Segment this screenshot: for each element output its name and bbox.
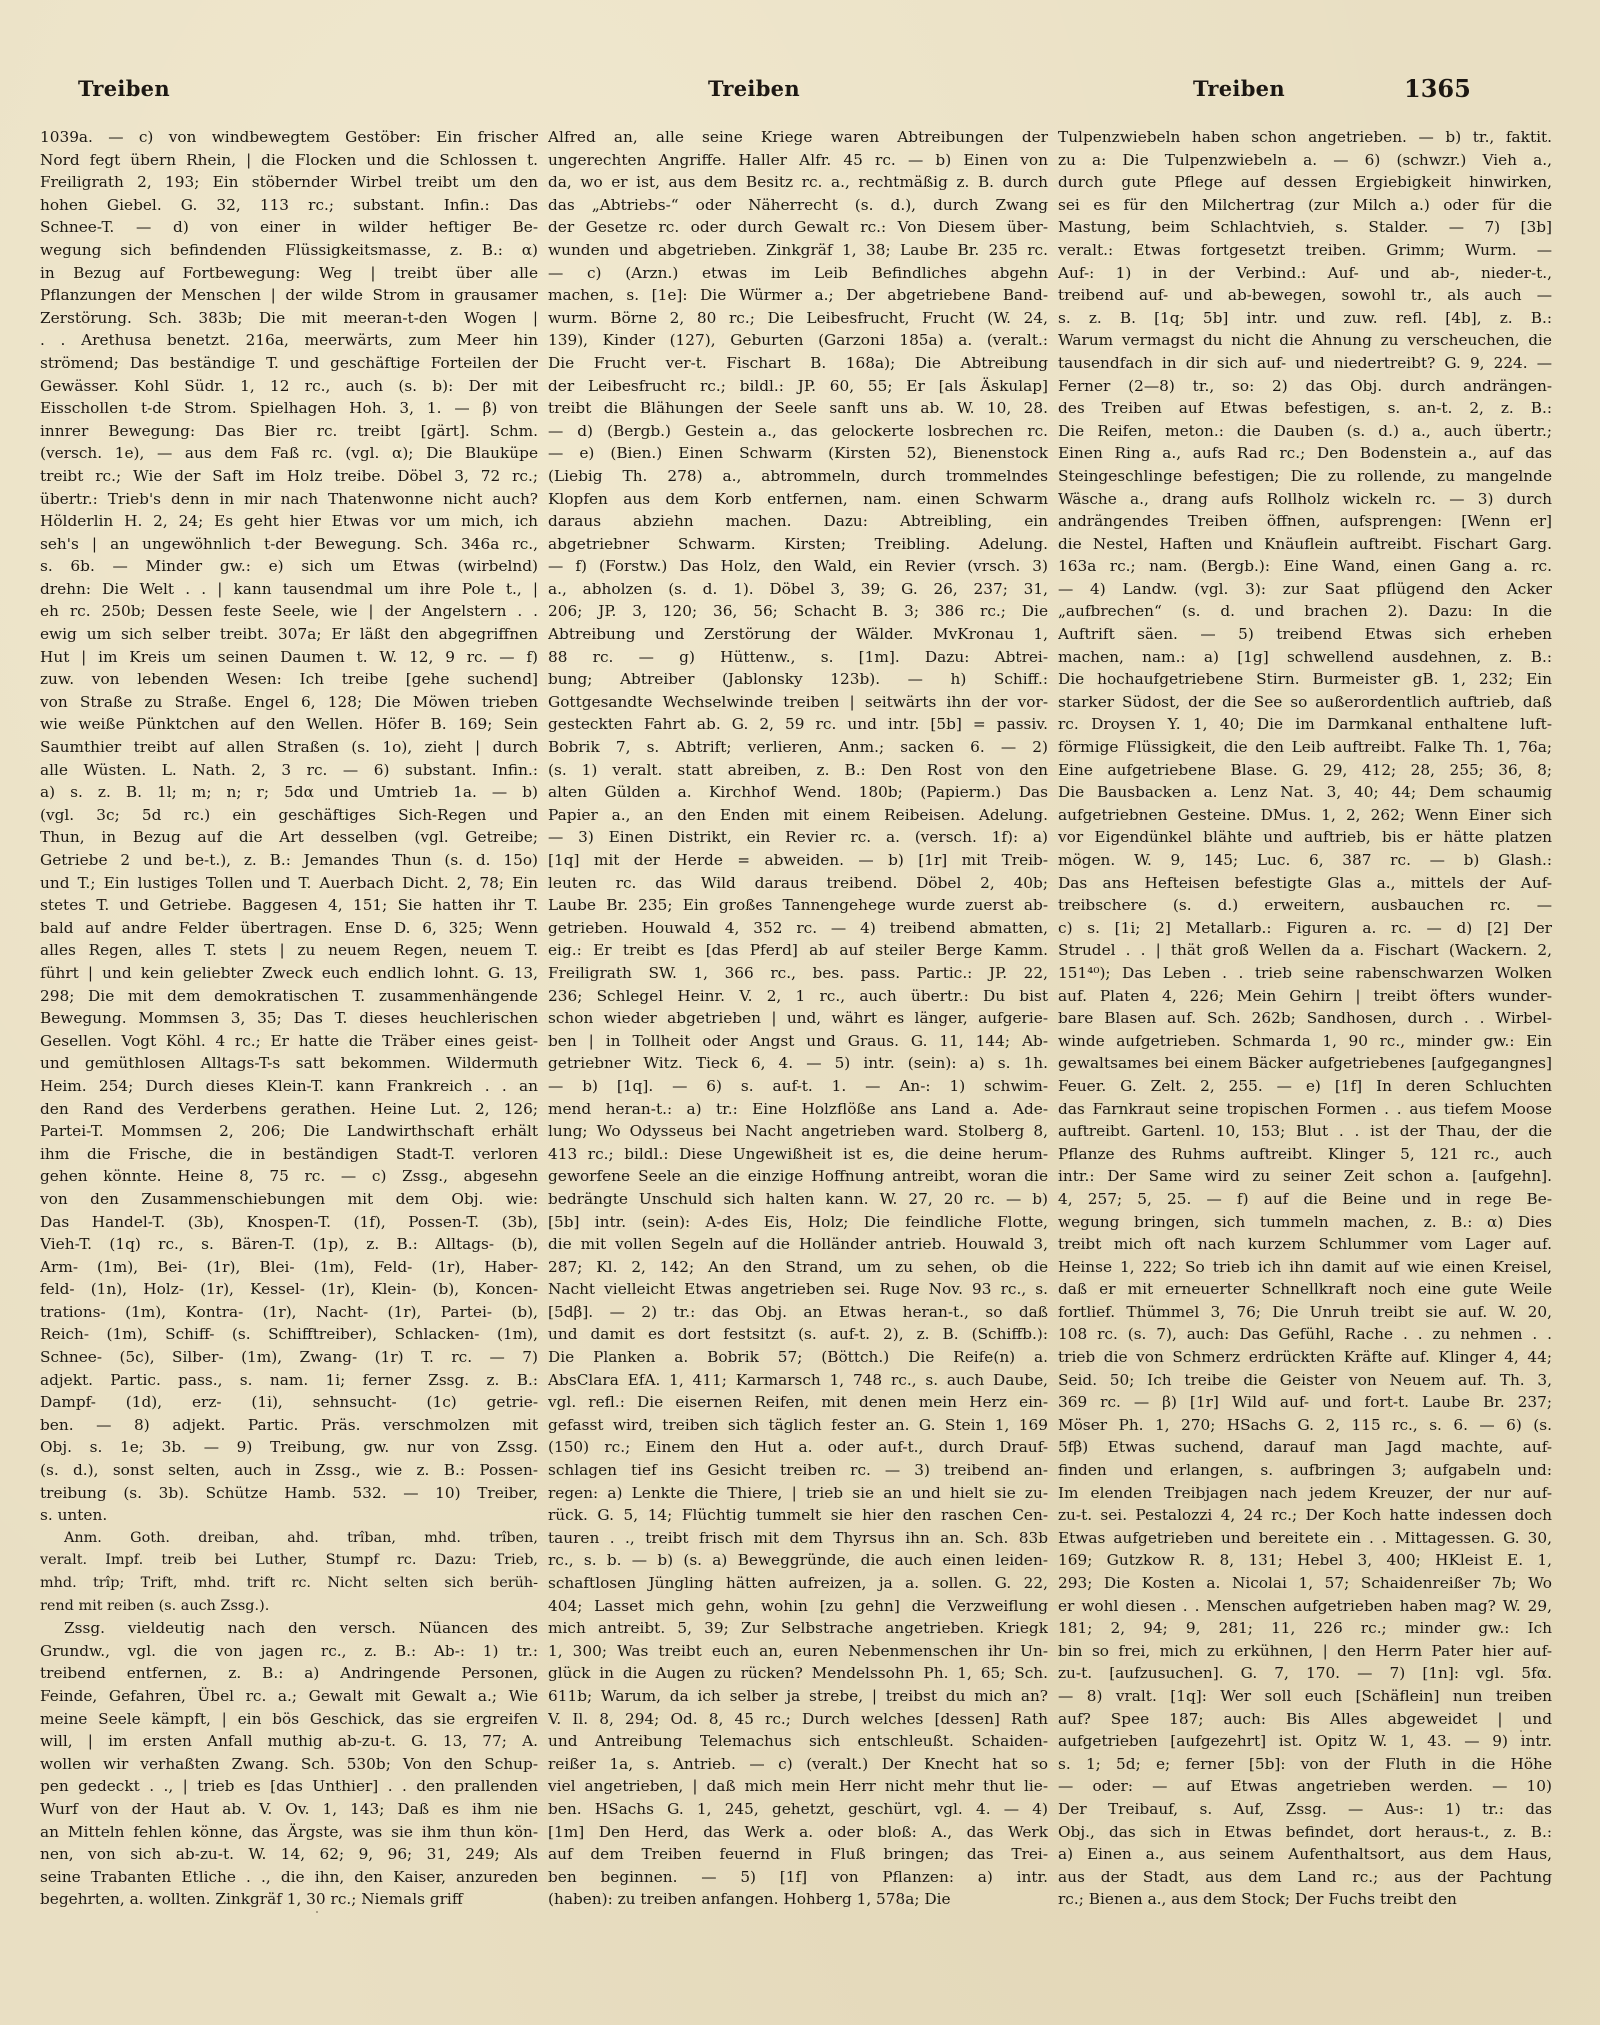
text-line: Freiligrath SW. 1, 366 rc., bes. pass. P… <box>548 962 1048 985</box>
text-line: „aufbrechen“ (s. d. und brachen 2). Dazu… <box>1058 600 1552 623</box>
entry-body: Tulpenzwiebeln haben schon angetrieben. … <box>1058 126 1552 1911</box>
text-line: Obj. s. 1e; 3b. — 9) Treibung, gw. nur v… <box>40 1436 538 1459</box>
text-line: Arm- (1m), Bei- (1r), Blei- (1m), Feld- … <box>40 1256 538 1279</box>
text-line: Warum vermagst du nicht die Ahnung zu ve… <box>1058 329 1552 352</box>
text-line: ben. — 8) adjekt. Partic. Präs. verschmo… <box>40 1414 538 1437</box>
text-line: Hut | im Kreis um seinen Daumen t. W. 12… <box>40 646 538 669</box>
text-line: Thun, in Bezug auf die Art desselben (vg… <box>40 826 538 849</box>
text-line: Alfred an, alle seine Kriege waren Abtre… <box>548 126 1048 149</box>
text-line: Seid. 50; Ich treibe die Geister von Neu… <box>1058 1369 1552 1392</box>
text-line: Freiligrath 2, 193; Ein stöbernder Wirbe… <box>40 171 538 194</box>
text-line: Klopfen aus dem Korb entfernen, nam. ein… <box>548 488 1048 511</box>
text-line: (Liebig Th. 278) a., abtrommeln, durch t… <box>548 465 1048 488</box>
text-line: rend mit reiben (s. auch Zssg.). <box>40 1595 538 1618</box>
text-line: schlagen tief ins Gesicht treiben rc. — … <box>548 1459 1048 1482</box>
text-line: Reich- (1m), Schiff- (s. Schifftreiber),… <box>40 1323 538 1346</box>
text-line: Gesellen. Vogt Köhl. 4 rc.; Er hatte die… <box>40 1030 538 1053</box>
text-line: abgetriebner Schwarm. Kirsten; Treibling… <box>548 533 1048 556</box>
text-line: Nacht vielleicht Etwas angetrieben sei. … <box>548 1278 1048 1301</box>
text-line: — f) (Forstw.) Das Holz, den Wald, ein R… <box>548 555 1048 578</box>
text-line: wollen wir verhaßten Zwang. Sch. 530b; V… <box>40 1753 538 1776</box>
text-line: (150) rc.; Einem den Hut a. oder auf-t.,… <box>548 1436 1048 1459</box>
text-line: Bobrik 7, s. Abtrift; verlieren, Anm.; s… <box>548 736 1048 759</box>
text-line: [1q] mit der Herde = abweiden. — b) [1r]… <box>548 849 1048 872</box>
text-line: Feinde, Gefahren, Übel rc. a.; Gewalt mi… <box>40 1685 538 1708</box>
text-line: Gewässer. Kohl Südr. 1, 12 rc., auch (s.… <box>40 375 538 398</box>
text-line: a., abholzen (s. d. 1). Döbel 3, 39; G. … <box>548 578 1048 601</box>
text-line: gefasst wird, treiben sich täglich feste… <box>548 1414 1048 1437</box>
text-line: das „Abtriebs-“ oder Näherrecht (s. d.),… <box>548 194 1048 217</box>
text-line: Schnee- (5c), Silber- (1m), Zwang- (1r) … <box>40 1346 538 1369</box>
text-line: gesteckten Fahrt ab. G. 2, 59 rc. und in… <box>548 713 1048 736</box>
text-line: Heim. 254; Durch dieses Klein-T. kann Fr… <box>40 1075 538 1098</box>
text-line: ihm die Frische, die in beständigen Stad… <box>40 1143 538 1166</box>
text-line: seh's | an ungewöhnlich t-der Bewegung. … <box>40 533 538 556</box>
text-line: s. 6b. — Minder gw.: e) sich um Etwas (w… <box>40 555 538 578</box>
text-line: Pflanzungen der Menschen | der wilde Str… <box>40 284 538 307</box>
text-line: 1, 300; Was treibt euch an, euren Nebenm… <box>548 1640 1048 1663</box>
text-line: Hölderlin H. 2, 24; Es geht hier Etwas v… <box>40 510 538 533</box>
text-line: treibung (s. 3b). Schütze Hamb. 532. — 1… <box>40 1482 538 1505</box>
text-line: Abtreibung und Zerstörung der Wälder. Mv… <box>548 623 1048 646</box>
text-line: wie weiße Pünktchen auf den Wellen. Höfe… <box>40 713 538 736</box>
text-line: Zerstörung. Sch. 383b; Die mit meeran-t-… <box>40 307 538 330</box>
text-line: — 3) Einen Distrikt, ein Revier rc. a. (… <box>548 826 1048 849</box>
text-line: gehen könnte. Heine 8, 75 rc. — c) Zssg.… <box>40 1165 538 1188</box>
text-line: 206; JP. 3, 120; 36, 56; Schacht B. 3; 3… <box>548 600 1048 623</box>
text-line: veralt. Impf. treib bei Luther, Stumpf r… <box>40 1549 538 1572</box>
text-line: tauren . ., treibt frisch mit dem Thyrsu… <box>548 1527 1048 1550</box>
text-line: ben. HSachs G. 1, 245, gehetzt, geschürt… <box>548 1798 1048 1821</box>
text-line: viel angetrieben, | daß mich mein Herr n… <box>548 1775 1048 1798</box>
text-line: Grundw., vgl. die von jagen rc., z. B.: … <box>40 1640 538 1663</box>
text-line: Obj., das sich in Etwas befindet, dort h… <box>1058 1821 1552 1844</box>
text-line: . . Arethusa benetzt. 216a, meerwärts, z… <box>40 329 538 352</box>
text-line: eh rc. 250b; Dessen feste Seele, wie | d… <box>40 600 538 623</box>
text-line: s. 1; 5d; e; ferner [5b]: von der Fluth … <box>1058 1753 1552 1776</box>
running-head-left: Treiben <box>78 76 170 101</box>
text-line: des Treiben auf Etwas befestigen, s. an-… <box>1058 397 1552 420</box>
text-line: stetes T. und Getriebe. Baggesen 4, 151;… <box>40 894 538 917</box>
text-line: begehrten, a. wollten. Zinkgräf 1, 30 rc… <box>40 1888 538 1911</box>
text-line: reißer 1a, s. Antrieb. — c) (veralt.) De… <box>548 1753 1048 1776</box>
text-line: Bewegung. Mommsen 3, 35; Das T. dieses h… <box>40 1007 538 1030</box>
text-line: innrer Bewegung: Das Bier rc. treibt [gä… <box>40 420 538 443</box>
text-line: tausendfach in dir sich auf- und niedert… <box>1058 352 1552 375</box>
text-line: a) Einen a., aus seinem Aufenthaltsort, … <box>1058 1843 1552 1866</box>
text-line: will, | im ersten Anfall muthig ab-zu-t.… <box>40 1730 538 1753</box>
entry-body: Alfred an, alle seine Kriege waren Abtre… <box>548 126 1048 1911</box>
text-line: Wurf von der Haut ab. V. Ov. 1, 143; Daß… <box>40 1798 538 1821</box>
text-line: bald auf andre Felder übertragen. Ense D… <box>40 917 538 940</box>
text-line: mich antreibt. 5, 39; Zur Selbstrache an… <box>548 1617 1048 1640</box>
text-line: daraus abziehn machen. Dazu: Abtreibling… <box>548 510 1048 533</box>
text-line: bin so frei, mich zu erkühnen, | den Her… <box>1058 1640 1552 1663</box>
etymology-note: Anm. Goth. dreiban, ahd. trîban, mhd. tr… <box>40 1527 538 1617</box>
text-line: sei es für den Milchertrag (zur Milch a.… <box>1058 194 1552 217</box>
text-line: 169; Gutzkow R. 8, 131; Hebel 3, 400; HK… <box>1058 1549 1552 1572</box>
text-line: in Bezug auf Fortbewegung: Weg | treibt … <box>40 262 538 285</box>
text-line: Strudel . . | thät groß Wellen da a. Fis… <box>1058 939 1552 962</box>
text-line: 413 rc.; bildl.: Diese Ungewißheit ist e… <box>548 1143 1048 1166</box>
text-line: ungerechten Angriffe. Haller Alfr. 45 rc… <box>548 149 1048 172</box>
text-line: Die Bausbacken a. Lenz Nat. 3, 40; 44; D… <box>1058 781 1552 804</box>
paper-speck <box>1520 1730 1522 1732</box>
text-line: wegung sich befindenden Flüssigkeitsmass… <box>40 239 538 262</box>
text-line: Nord fegt übern Rhein, | die Flocken und… <box>40 149 538 172</box>
text-line: machen, nam.: a) [1g] schwellend ausdehn… <box>1058 646 1552 669</box>
text-line: 4, 257; 5, 25. — f) auf die Beine und in… <box>1058 1188 1552 1211</box>
text-line: 369 rc. — β) [1r] Wild auf- und fort-t. … <box>1058 1391 1552 1414</box>
text-line: schaftlosen Jüngling hätten aufreizen, j… <box>548 1572 1048 1595</box>
text-line: übertr.: Trieb's denn in mir nach Thaten… <box>40 488 538 511</box>
text-line: getrieben. Houwald 4, 352 rc. — 4) treib… <box>548 917 1048 940</box>
text-line: die mit vollen Segeln auf die Holländer … <box>548 1233 1048 1256</box>
text-line: Getriebe 2 und be-t.), z. B.: Jemandes T… <box>40 849 538 872</box>
text-line: mögen. W. 9, 145; Luc. 6, 387 rc. — b) G… <box>1058 849 1552 872</box>
text-line: ben beginnen. — 5) [1f] von Pflanzen: a)… <box>548 1866 1048 1889</box>
text-line: — d) (Bergb.) Gestein a., das gelockerte… <box>548 420 1048 443</box>
text-line: leuten rc. das Wild daraus treibend. Döb… <box>548 872 1048 895</box>
text-line: Auftrift säen. — 5) treibend Etwas sich … <box>1058 623 1552 646</box>
text-line: eig.: Er treibt es [das Pferd] ab auf st… <box>548 939 1048 962</box>
text-line: 1039a. — c) von windbewegtem Gestöber: E… <box>40 126 538 149</box>
text-line: ben | in Tollheit oder Angst und Graus. … <box>548 1030 1048 1053</box>
text-line: — 4) Landw. (vgl. 3): zur Saat pflügend … <box>1058 578 1552 601</box>
text-line: Schnee-T. — d) von einer in wilder hefti… <box>40 216 538 239</box>
text-line: 151⁴⁰); Das Leben . . trieb seine rabens… <box>1058 962 1552 985</box>
text-line: die Nestel, Haften und Knäuflein auftrei… <box>1058 533 1552 556</box>
text-line: auf? Spee 187; auch: Bis Alles abgeweide… <box>1058 1708 1552 1731</box>
compounds-section: Zssg. vieldeutig nach den versch. Nüance… <box>40 1617 538 1911</box>
text-line: gewaltsames bei einem Bäcker aufgetriebe… <box>1058 1052 1552 1075</box>
text-line: Laube Br. 235; Ein großes Tannengehege w… <box>548 894 1048 917</box>
text-line: s. unten. <box>40 1504 538 1527</box>
text-line: Die Frucht ver-t. Fischart B. 168a); Die… <box>548 352 1048 375</box>
running-head: Treiben Treiben Treiben 1365 <box>0 76 1600 106</box>
text-line: — b) [1q]. — 6) s. auf-t. 1. — An-: 1) s… <box>548 1075 1048 1098</box>
text-line: andrängendes Treiben öffnen, aufsprengen… <box>1058 510 1552 533</box>
text-line: 293; Die Kosten a. Nicolai 1, 57; Schaid… <box>1058 1572 1552 1595</box>
text-line: Ferner (2—8) tr., so: 2) das Obj. durch … <box>1058 375 1552 398</box>
text-line: Etwas aufgetrieben und bereitete ein . .… <box>1058 1527 1552 1550</box>
text-line: 404; Lasset mich gehn, wohin [zu gehn] d… <box>548 1595 1048 1618</box>
text-line: aufgetriebnen Gesteine. DMus. 1, 2, 262;… <box>1058 804 1552 827</box>
text-column-1: 1039a. — c) von windbewegtem Gestöber: E… <box>40 126 538 1911</box>
text-line: [5dβ]. — 2) tr.: das Obj. an Etwas heran… <box>548 1301 1048 1324</box>
text-line: zu-t. sei. Pestalozzi 4, 24 rc.; Der Koc… <box>1058 1504 1552 1527</box>
text-line: ewig um sich selber treibt. 307a; Er läß… <box>40 623 538 646</box>
text-line: Zssg. vieldeutig nach den versch. Nüance… <box>40 1617 538 1640</box>
text-line: Der Treibauf, s. Auf, Zssg. — Aus-: 1) t… <box>1058 1798 1552 1821</box>
text-line: machen, s. [1e]: Die Würmer a.; Der abge… <box>548 284 1048 307</box>
text-line: 88 rc. — g) Hüttenw., s. [1m]. Dazu: Abt… <box>548 646 1048 669</box>
text-line: das Farnkraut seine tropischen Formen . … <box>1058 1098 1552 1121</box>
text-line: strömend; Das beständige T. und geschäft… <box>40 352 538 375</box>
text-line: rc., s. b. — b) (s. a) Beweggründe, die … <box>548 1549 1048 1572</box>
text-line: durch gute Pflege auf dessen Ergiebigkei… <box>1058 171 1552 194</box>
text-line: finden und erlangen, s. aufbringen 3; au… <box>1058 1459 1552 1482</box>
text-line: führt | und kein geliebter Zweck euch en… <box>40 962 538 985</box>
text-line: schon wieder abgetrieben | und, währt es… <box>548 1007 1048 1030</box>
text-line: fortlief. Thümmel 3, 76; Die Unruh treib… <box>1058 1301 1552 1324</box>
text-line: c) s. [1i; 2] Metallarb.: Figuren a. rc.… <box>1058 917 1552 940</box>
text-line: Die Planken a. Bobrik 57; (Böttch.) Die … <box>548 1346 1048 1369</box>
text-line: Die Reifen, meton.: die Dauben (s. d.) a… <box>1058 420 1552 443</box>
paper-speck <box>866 180 868 182</box>
text-line: 287; Kl. 2, 142; An den Strand, um zu se… <box>548 1256 1048 1279</box>
text-line: den Rand des Verderbens gerathen. Heine … <box>40 1098 538 1121</box>
text-line: 5fβ) Etwas suchend, darauf man Jagd mach… <box>1058 1436 1552 1459</box>
text-line: V. Il. 8, 294; Od. 8, 45 rc.; Durch welc… <box>548 1708 1048 1731</box>
text-line: treibt mich oft nach kurzem Schlummer vo… <box>1058 1233 1552 1256</box>
text-line: 139), Kinder (127), Geburten (Garzoni 18… <box>548 329 1048 352</box>
text-line: a) s. z. B. 1l; m; n; r; 5dα und Umtrieb… <box>40 781 538 804</box>
text-line: Im elenden Treibjagen nach jedem Kreuzer… <box>1058 1482 1552 1505</box>
text-line: Eine aufgetriebene Blase. G. 29, 412; 28… <box>1058 759 1552 782</box>
text-line: Wäsche a., drang aufs Rollholz wickeln r… <box>1058 488 1552 511</box>
text-line: aufgetrieben [aufgezehrt] ist. Opitz W. … <box>1058 1730 1552 1753</box>
text-line: Tulpenzwiebeln haben schon angetrieben. … <box>1058 126 1552 149</box>
text-line: lung; Wo Odysseus bei Nacht angetrieben … <box>548 1120 1048 1143</box>
text-line: (s. d.), sonst selten, auch in Zssg., wi… <box>40 1459 538 1482</box>
text-line: Möser Ph. 1, 270; HSachs G. 2, 115 rc., … <box>1058 1414 1552 1437</box>
text-line: alle Wüsten. L. Nath. 2, 3 rc. — 6) subs… <box>40 759 538 782</box>
text-line: hohen Giebel. G. 32, 113 rc.; substant. … <box>40 194 538 217</box>
text-line: — oder: — auf Etwas angetrieben werden. … <box>1058 1775 1552 1798</box>
text-line: Anm. Goth. dreiban, ahd. trîban, mhd. tr… <box>40 1527 538 1550</box>
text-line: 611b; Warum, da ich selber ja strebe, | … <box>548 1685 1048 1708</box>
text-line: Steingeschlinge befestigen; Die zu rolle… <box>1058 465 1552 488</box>
text-line: zu-t. [aufzusuchen]. G. 7, 170. — 7) [1n… <box>1058 1662 1552 1685</box>
text-line: pen gedeckt . ., | trieb es [das Unthier… <box>40 1775 538 1798</box>
text-line: mhd. trîp; Trift, mhd. trift rc. Nicht s… <box>40 1572 538 1595</box>
text-line: wurm. Börne 2, 80 rc.; Die Leibesfrucht,… <box>548 307 1048 330</box>
text-line: trieb die von Schmerz erdrückten Kräfte … <box>1058 1346 1552 1369</box>
paper-speck <box>316 1911 318 1913</box>
text-column-2: Alfred an, alle seine Kriege waren Abtre… <box>548 126 1048 1911</box>
text-line: seine Trabanten Etliche . ., die ihn, de… <box>40 1866 538 1889</box>
text-line: treibschere (s. d.) erweitern, ausbauche… <box>1058 894 1552 917</box>
text-line: bung; Abtreiber (Jablonsky 123b). — h) S… <box>548 668 1048 691</box>
text-line: 108 rc. (s. 7), auch: Das Gefühl, Rache … <box>1058 1323 1552 1346</box>
text-line: wunden und abgetrieben. Zinkgräf 1, 38; … <box>548 239 1048 262</box>
text-line: rc. Droysen Y. 1, 40; Die im Darmkanal e… <box>1058 713 1552 736</box>
text-line: 298; Die mit dem demokratischen T. zusam… <box>40 985 538 1008</box>
text-line: bedrängte Unschuld sich halten kann. W. … <box>548 1188 1048 1211</box>
entry-body: 1039a. — c) von windbewegtem Gestöber: E… <box>40 126 538 1527</box>
text-line: feld- (1n), Holz- (1r), Kessel- (1r), Kl… <box>40 1278 538 1301</box>
text-line: adjekt. Partic. pass., s. nam. 1i; ferne… <box>40 1369 538 1392</box>
text-line: 236; Schlegel Heinr. V. 2, 1 rc., auch ü… <box>548 985 1048 1008</box>
text-line: von den Zusammenschiebungen mit dem Obj.… <box>40 1188 538 1211</box>
text-line: Partei-T. Mommsen 2, 206; Die Landwirths… <box>40 1120 538 1143</box>
text-line: Papier a., an den Enden mit einem Reibei… <box>548 804 1048 827</box>
text-line: (versch. 1e), — aus dem Faß rc. (vgl. α)… <box>40 442 538 465</box>
text-line: winde aufgetrieben. Schmarda 1, 90 rc., … <box>1058 1030 1552 1053</box>
text-line: und damit es dort festsitzt (s. auf-t. 2… <box>548 1323 1048 1346</box>
text-line: [1m] Den Herd, das Werk a. oder bloß: A.… <box>548 1821 1048 1844</box>
text-line: — e) (Bien.) Einen Schwarm (Kirsten 52),… <box>548 442 1048 465</box>
text-line: (haben): zu treiben anfangen. Hohberg 1,… <box>548 1888 1048 1911</box>
text-line: auf. Platen 4, 226; Mein Gehirn | treibt… <box>1058 985 1552 1008</box>
text-line: wegung bringen, sich tummeln machen, z. … <box>1058 1211 1552 1234</box>
text-line: alten Gülden a. Kirchhof Wend. 180b; (Pa… <box>548 781 1048 804</box>
text-column-3: Tulpenzwiebeln haben schon angetrieben. … <box>1058 126 1552 1911</box>
text-line: Die hochaufgetriebene Stirn. Burmeister … <box>1058 668 1552 691</box>
text-line: geworfene Seele an die einzige Hoffnung … <box>548 1165 1048 1188</box>
text-line: — 8) vralt. [1q]: Wer soll euch [Schäfle… <box>1058 1685 1552 1708</box>
text-line: Auf-: 1) in der Verbind.: Auf- und ab-, … <box>1058 262 1552 285</box>
text-line: (vgl. 3c; 5d rc.) ein geschäftiges Sich-… <box>40 804 538 827</box>
text-line: Vieh-T. (1q) rc., s. Bären-T. (1p), z. B… <box>40 1233 538 1256</box>
text-line: zu a: Die Tulpenzwiebeln a. — 6) (schwzr… <box>1058 149 1552 172</box>
text-line: treibend auf- und ab-bewegen, sowohl tr.… <box>1058 284 1552 307</box>
text-line: aus der Stadt, aus dem Land rc.; aus der… <box>1058 1866 1552 1889</box>
text-line: an Mitteln fehlen könne, das Ärgste, was… <box>40 1821 538 1844</box>
text-line: Einen Ring a., aufs Rad rc.; Den Bodenst… <box>1058 442 1552 465</box>
text-line: trations- (1m), Kontra- (1r), Nacht- (1r… <box>40 1301 538 1324</box>
running-head-center: Treiben <box>708 76 800 101</box>
text-line: Gottgesandte Wechselwinde treiben | seit… <box>548 691 1048 714</box>
text-line: und T.; Ein lustiges Tollen und T. Auerb… <box>40 872 538 895</box>
text-line: Das Handel-T. (3b), Knospen-T. (1f), Pos… <box>40 1211 538 1234</box>
text-line: Feuer. G. Zelt. 2, 255. — e) [1f] In der… <box>1058 1075 1552 1098</box>
text-line: Dampf- (1d), erz- (1i), sehnsucht- (1c) … <box>40 1391 538 1414</box>
text-line: rc.; Bienen a., aus dem Stock; Der Fuchs… <box>1058 1888 1552 1911</box>
text-line: (s. 1) veralt. statt abreiben, z. B.: De… <box>548 759 1048 782</box>
dictionary-page: Treiben Treiben Treiben 1365 1039a. — c)… <box>0 0 1600 2025</box>
text-line: da, wo er ist, aus dem Besitz rc. a., re… <box>548 171 1048 194</box>
text-line: und Antreibung Telemachus sich entschleu… <box>548 1730 1048 1753</box>
text-line: der Gesetze rc. oder durch Gewalt rc.: V… <box>548 216 1048 239</box>
text-line: regen: a) Lenkte die Thiere, | trieb sie… <box>548 1482 1048 1505</box>
text-line: meine Seele kämpft, | ein bös Geschick, … <box>40 1708 538 1731</box>
text-line: rück. G. 5, 14; Flüchtig tummelt sie hie… <box>548 1504 1048 1527</box>
text-line: Saumthier treibt auf allen Straßen (s. 1… <box>40 736 538 759</box>
text-line: treibt die Blähungen der Seele sanft uns… <box>548 397 1048 420</box>
running-head-right: Treiben <box>1193 76 1285 101</box>
text-line: von Straße zu Straße. Engel 6, 128; Die … <box>40 691 538 714</box>
text-line: und gemüthlosen Alltags-T-s satt bekomme… <box>40 1052 538 1075</box>
text-line: Das ans Hefteisen befestigte Glas a., mi… <box>1058 872 1552 895</box>
text-line: Eisschollen t-de Strom. Spielhagen Hoh. … <box>40 397 538 420</box>
text-line: drehn: Die Welt . . | kann tausendmal um… <box>40 578 538 601</box>
text-line: Pflanze des Ruhms auftreibt. Klinger 5, … <box>1058 1143 1552 1166</box>
text-line: mend heran-t.: a) tr.: Eine Holzflöße an… <box>548 1098 1048 1121</box>
text-line: der Leibesfrucht rc.; bildl.: JP. 60, 55… <box>548 375 1048 398</box>
text-line: [5b] intr. (sein): A-des Eis, Holz; Die … <box>548 1211 1048 1234</box>
text-line: auftreibt. Gartenl. 10, 153; Blut . . is… <box>1058 1120 1552 1143</box>
text-line: zuw. von lebenden Wesen: Ich treibe [geh… <box>40 668 538 691</box>
text-line: 181; 2, 94; 9, 281; 11, 226 rc.; minder … <box>1058 1617 1552 1640</box>
page-number: 1365 <box>1404 74 1471 103</box>
text-line: alles Regen, alles T. stets | zu neuem R… <box>40 939 538 962</box>
text-line: — c) (Arzn.) etwas im Leib Befindliches … <box>548 262 1048 285</box>
text-line: auf dem Treiben feuernd in Fluß bringen;… <box>548 1843 1048 1866</box>
text-line: starker Südost, der die See so außerorde… <box>1058 691 1552 714</box>
text-line: treibt rc.; Wie der Saft im Holz treibe.… <box>40 465 538 488</box>
text-line: vor Eigendünkel blähte und auftrieb, bis… <box>1058 826 1552 849</box>
text-line: nen, von sich ab-zu-t. W. 14, 62; 9, 96;… <box>40 1843 538 1866</box>
text-line: bare Blasen auf. Sch. 262b; Sandhosen, d… <box>1058 1007 1552 1030</box>
text-line: glück in die Augen zu rücken? Mendelssoh… <box>548 1662 1048 1685</box>
text-line: AbsClara EfA. 1, 411; Karmarsch 1, 748 r… <box>548 1369 1048 1392</box>
text-line: intr.: Der Same wird zu seiner Zeit scho… <box>1058 1165 1552 1188</box>
text-line: vgl. refl.: Die eisernen Reifen, mit den… <box>548 1391 1048 1414</box>
text-line: treibend entfernen, z. B.: a) Andringend… <box>40 1662 538 1685</box>
text-line: er wohl diesen . . Menschen aufgetrieben… <box>1058 1595 1552 1618</box>
text-line: daß er mit erneuerter Schnellkraft noch … <box>1058 1278 1552 1301</box>
text-line: förmige Flüssigkeit, die den Leib auftre… <box>1058 736 1552 759</box>
text-line: veralt.: Etwas fortgesetzt treiben. Grim… <box>1058 239 1552 262</box>
text-line: Heinse 1, 222; So trieb ich ihn damit au… <box>1058 1256 1552 1279</box>
text-line: getriebner Witz. Tieck 6, 4. — 5) intr. … <box>548 1052 1048 1075</box>
text-line: s. z. B. [1q; 5b] intr. und zuw. refl. [… <box>1058 307 1552 330</box>
text-line: 163a rc.; nam. (Bergb.): Eine Wand, eine… <box>1058 555 1552 578</box>
text-line: Mastung, beim Schlachtvieh, s. Stalder. … <box>1058 216 1552 239</box>
